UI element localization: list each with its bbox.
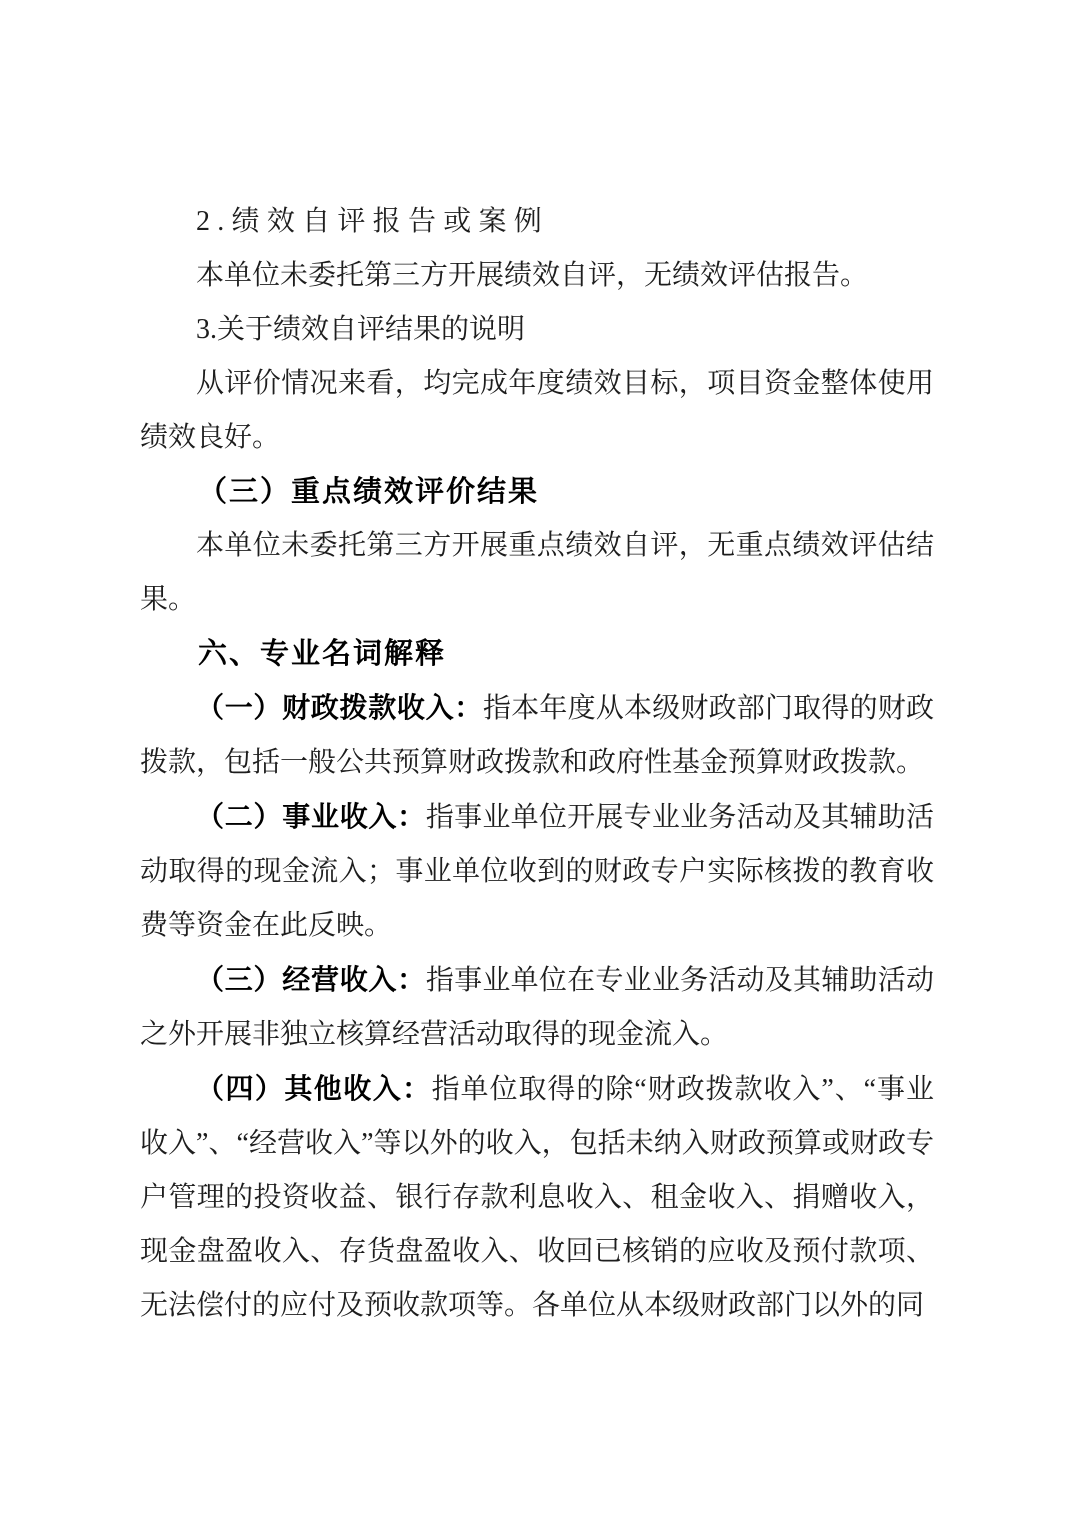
term-label-other-income: （四）其他收入： [196,1073,432,1104]
subheading-2-performance-self-eval-report: 2.绩效自评报告或案例 [140,195,934,249]
term-definition-other-income: 指单位取得的除“财政拨款收入”、“事业收入”、“经营收入”等以外的收入，包括未纳… [140,1074,934,1321]
section-heading-terminology: 六、专业名词解释 [140,627,934,681]
term-label-fiscal-appropriation-income: （一）财政拨款收入： [196,692,483,723]
term-operating-income-public-institution: （二）事业收入：指事业单位开展专业业务活动及其辅助活动取得的现金流入；事业单位收… [140,790,934,953]
document-content: 2.绩效自评报告或案例 本单位未委托第三方开展绩效自评，无绩效评估报告。 3.关… [140,195,934,1333]
term-label-public-institution-income: （二）事业收入： [196,801,426,832]
term-label-business-operation-income: （三）经营收入： [196,964,426,995]
term-other-income: （四）其他收入：指单位取得的除“财政拨款收入”、“事业收入”、“经营收入”等以外… [140,1062,934,1333]
paragraph-no-third-party-self-eval: 本单位未委托第三方开展绩效自评，无绩效评估报告。 [140,249,934,303]
paragraph-eval-summary: 从评价情况来看，均完成年度绩效目标，项目资金整体使用绩效良好。 [140,357,934,465]
term-business-operation-income: （三）经营收入：指事业单位在专业业务活动及其辅助活动之外开展非独立核算经营活动取… [140,953,934,1062]
document-page: 2.绩效自评报告或案例 本单位未委托第三方开展绩效自评，无绩效评估报告。 3.关… [0,0,1074,1520]
section-heading-key-performance-eval-results: （三）重点绩效评价结果 [140,465,934,519]
subheading-3-self-eval-result-note: 3.关于绩效自评结果的说明 [140,303,934,357]
paragraph-no-key-performance-eval: 本单位未委托第三方开展重点绩效自评，无重点绩效评估结果。 [140,519,934,627]
term-fiscal-appropriation-income: （一）财政拨款收入：指本年度从本级财政部门取得的财政拨款，包括一般公共预算财政拨… [140,681,934,790]
